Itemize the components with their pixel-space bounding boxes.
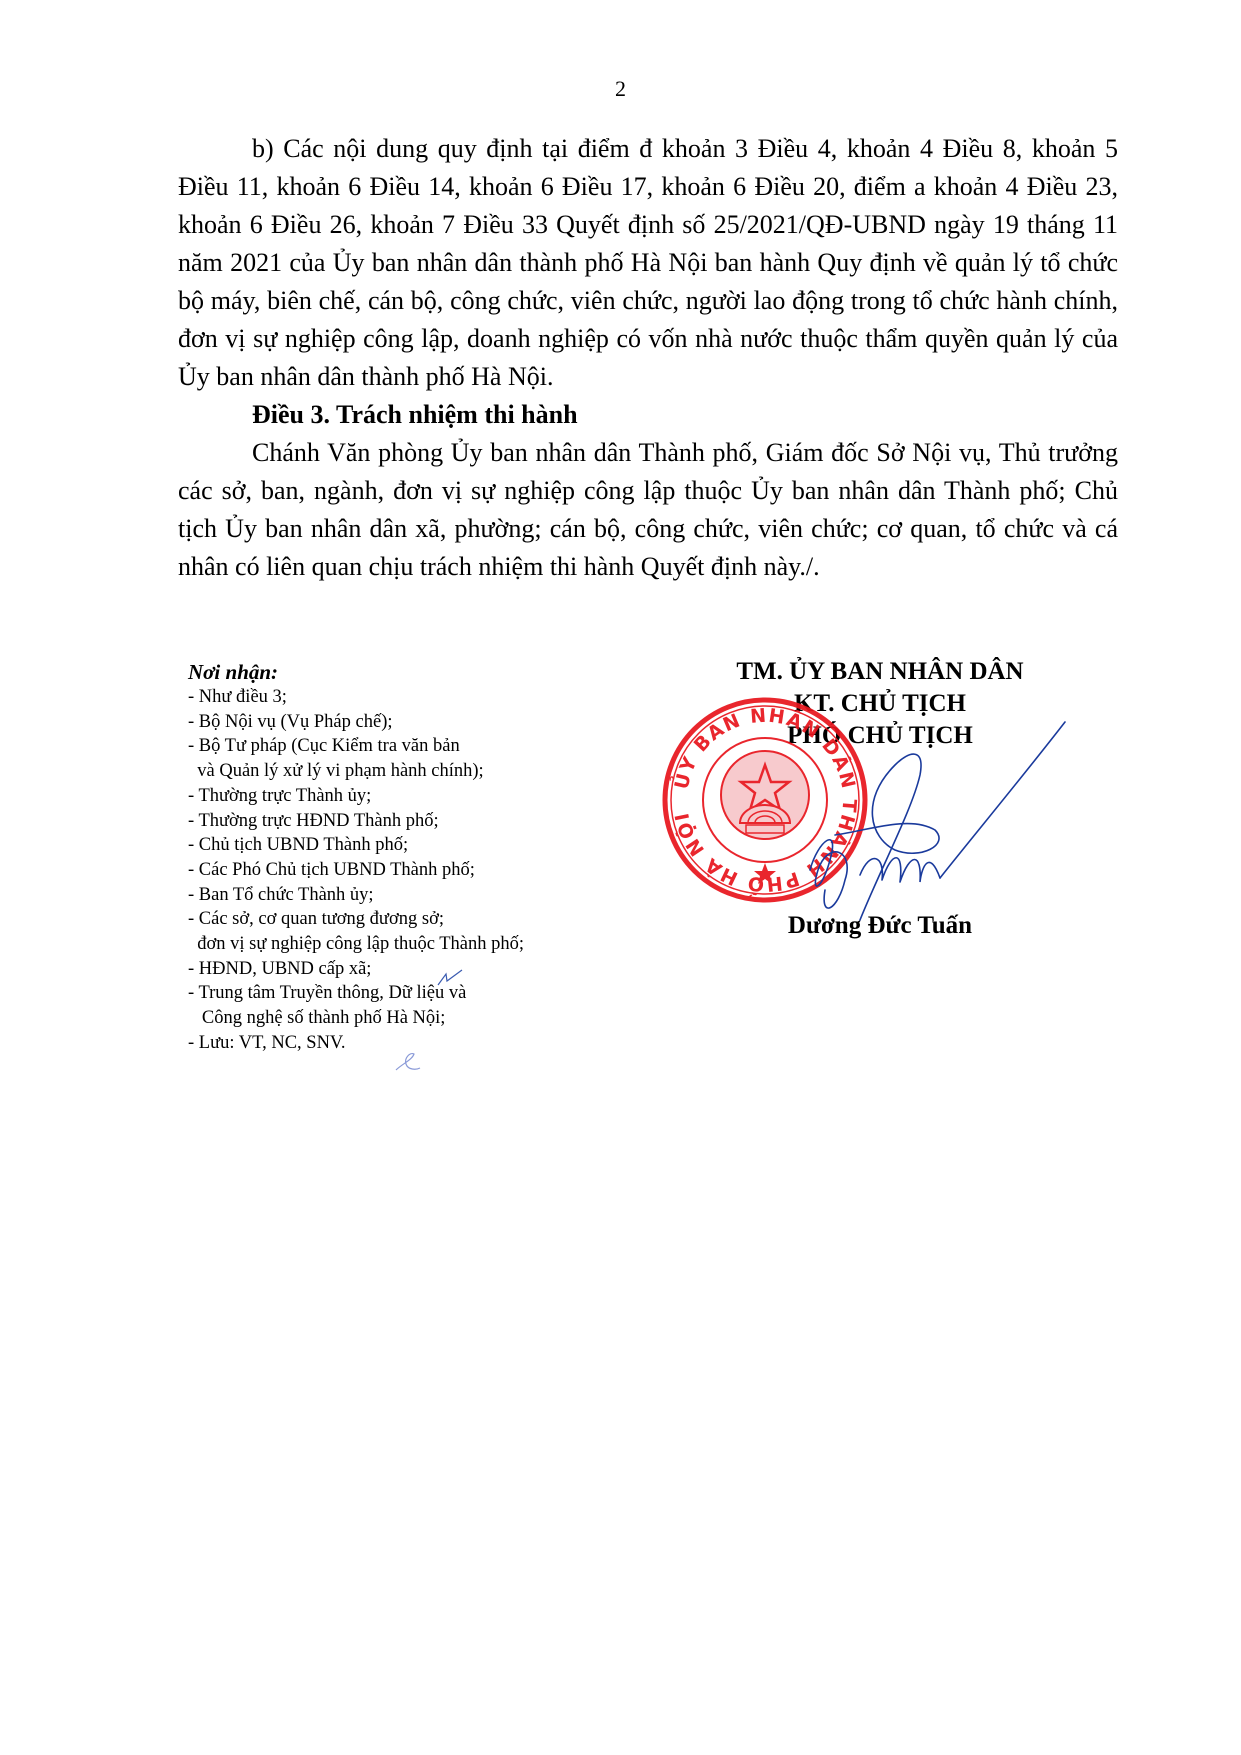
recipient-item: - Các Phó Chủ tịch UBND Thành phố; xyxy=(188,858,648,883)
article-3-text: Chánh Văn phòng Ủy ban nhân dân Thành ph… xyxy=(178,434,1118,586)
recipients-title: Nơi nhận: xyxy=(188,660,648,685)
recipient-item: - Bộ Nội vụ (Vụ Pháp chế); xyxy=(188,710,648,735)
recipient-item: - Trung tâm Truyền thông, Dữ liệu và xyxy=(188,981,648,1006)
recipient-item: Công nghệ số thành phố Hà Nội; xyxy=(188,1006,648,1031)
recipient-item: - Bộ Tư pháp (Cục Kiểm tra văn bản xyxy=(188,734,648,759)
recipient-item: - HĐND, UBND cấp xã; xyxy=(188,957,648,982)
recipient-item: - Thường trực HĐND Thành phố; xyxy=(188,809,648,834)
initial-mark-icon xyxy=(392,1050,422,1074)
recipient-item: - Các sở, cơ quan tương đương sở; xyxy=(188,907,648,932)
article-3-heading: Điều 3. Trách nhiệm thi hành xyxy=(252,396,578,434)
initial-mark-icon xyxy=(436,968,466,988)
article-3-body: Chánh Văn phòng Ủy ban nhân dân Thành ph… xyxy=(178,434,1118,586)
handwritten-signature-icon xyxy=(800,720,1070,930)
paragraph-b: b) Các nội dung quy định tại điểm đ khoả… xyxy=(178,130,1118,396)
recipients-list: - Như điều 3; - Bộ Nội vụ (Vụ Pháp chế);… xyxy=(188,685,648,1056)
recipient-item: - Thường trực Thành ủy; xyxy=(188,784,648,809)
signature-title-line-1: TM. ỦY BAN NHÂN DÂN xyxy=(680,656,1080,688)
recipient-item: và Quản lý xử lý vi phạm hành chính); xyxy=(188,759,648,784)
page-number: 2 xyxy=(0,76,1241,102)
recipient-item: - Như điều 3; xyxy=(188,685,648,710)
recipients-block: Nơi nhận: - Như điều 3; - Bộ Nội vụ (Vụ … xyxy=(188,660,648,1056)
recipient-item: đơn vị sự nghiệp công lập thuộc Thành ph… xyxy=(188,932,648,957)
recipient-item: - Chủ tịch UBND Thành phố; xyxy=(188,833,648,858)
recipient-item: - Ban Tổ chức Thành ủy; xyxy=(188,883,648,908)
paragraph-b-text: b) Các nội dung quy định tại điểm đ khoả… xyxy=(178,130,1118,396)
